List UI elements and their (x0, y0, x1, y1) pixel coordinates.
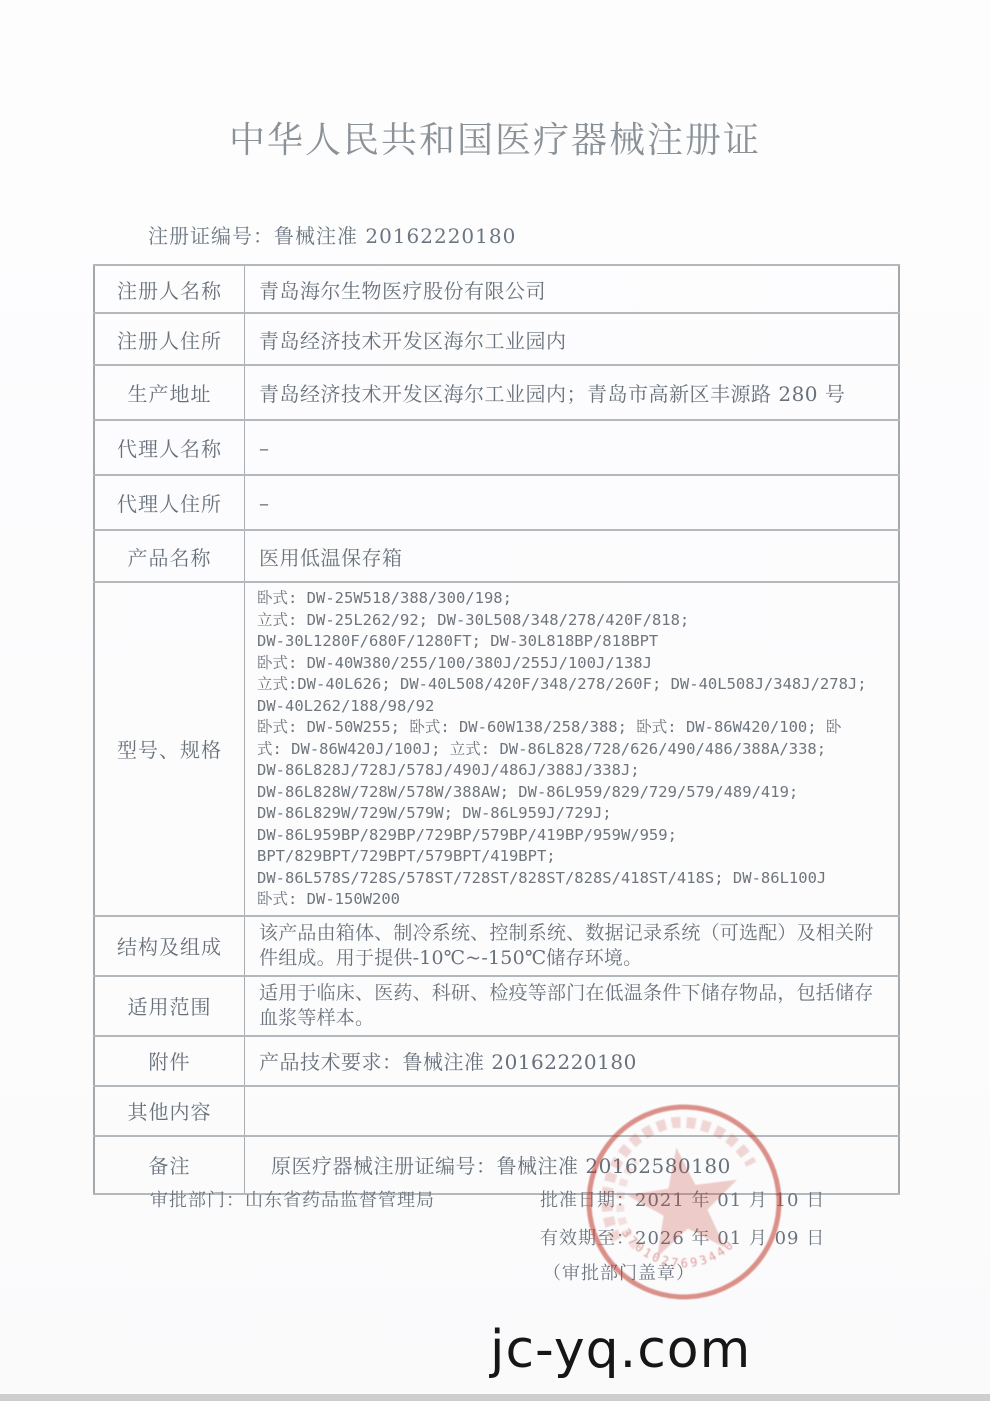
approval-department-label: 审批部门： (150, 1190, 245, 1211)
table-row: 生产地址 青岛经济技术开发区海尔工业园内；青岛市高新区丰源路 280 号 (94, 365, 899, 420)
approval-department-value: 山东省药品监督管理局 (245, 1190, 435, 1211)
row-label: 产品名称 (94, 530, 245, 582)
row-label: 其他内容 (94, 1086, 245, 1136)
row-value: 适用于临床、医药、科研、检疫等部门在低温条件下储存物品，包括储存血浆等样本。 (245, 976, 900, 1036)
row-label: 注册人住所 (94, 313, 245, 365)
certificate-page: 中华人民共和国医疗器械注册证 注册证编号：鲁械注准 20162220180 注册… (0, 0, 990, 1401)
table-row: 注册人住所 青岛经济技术开发区海尔工业园内 (94, 313, 899, 365)
row-label: 结构及组成 (94, 916, 245, 976)
row-value: 医用低温保存箱 (245, 530, 900, 582)
official-seal-stamp: 3701027693440 (569, 1087, 799, 1317)
watermark-text: jc-yq.com (490, 1320, 751, 1380)
row-value: 青岛经济技术开发区海尔工业园内 (245, 313, 900, 365)
row-value: 青岛经济技术开发区海尔工业园内；青岛市高新区丰源路 280 号 (245, 365, 900, 420)
approval-department-line: 审批部门：山东省药品监督管理局 (150, 1186, 435, 1212)
row-label: 代理人名称 (94, 420, 245, 475)
row-value: – (245, 420, 900, 475)
row-label: 适用范围 (94, 976, 245, 1036)
row-label: 型号、规格 (94, 582, 245, 916)
row-label: 附件 (94, 1036, 245, 1086)
row-label: 注册人名称 (94, 265, 245, 313)
table-row: 注册人名称 青岛海尔生物医疗股份有限公司 (94, 265, 899, 313)
row-label: 备注 (94, 1136, 245, 1194)
row-value: 该产品由箱体、制冷系统、控制系统、数据记录系统（可选配）及相关附件组成。用于提供… (245, 916, 900, 976)
row-value: 产品技术要求：鲁械注准 20162220180 (245, 1036, 900, 1086)
model-spec-value: 卧式: DW-25W518/388/300/198; 立式: DW-25L262… (245, 582, 900, 916)
row-value: 原医疗器械注册证编号：鲁械注准 20162580180 (245, 1136, 900, 1194)
scan-edge-bar (0, 1394, 990, 1401)
table-row: 结构及组成 该产品由箱体、制冷系统、控制系统、数据记录系统（可选配）及相关附件组… (94, 916, 899, 976)
registration-number-line: 注册证编号：鲁械注准 20162220180 (148, 220, 516, 249)
table-row: 适用范围 适用于临床、医药、科研、检疫等部门在低温条件下储存物品，包括储存血浆等… (94, 976, 899, 1036)
row-value: – (245, 475, 900, 530)
registration-number-label: 注册证编号： (148, 224, 274, 248)
row-value: 青岛海尔生物医疗股份有限公司 (245, 265, 900, 313)
table-row: 代理人住所 – (94, 475, 899, 530)
table-row: 代理人名称 – (94, 420, 899, 475)
certificate-table: 注册人名称 青岛海尔生物医疗股份有限公司 注册人住所 青岛经济技术开发区海尔工业… (93, 264, 900, 1195)
registration-number-value: 鲁械注准 20162220180 (274, 224, 516, 248)
table-row: 附件 产品技术要求：鲁械注准 20162220180 (94, 1036, 899, 1086)
table-row-model-spec: 型号、规格 卧式: DW-25W518/388/300/198; 立式: DW-… (94, 582, 899, 916)
table-row: 产品名称 医用低温保存箱 (94, 530, 899, 582)
row-label: 生产地址 (94, 365, 245, 420)
row-label: 代理人住所 (94, 475, 245, 530)
table-row: 其他内容 (94, 1086, 899, 1136)
page-title: 中华人民共和国医疗器械注册证 (0, 112, 990, 163)
